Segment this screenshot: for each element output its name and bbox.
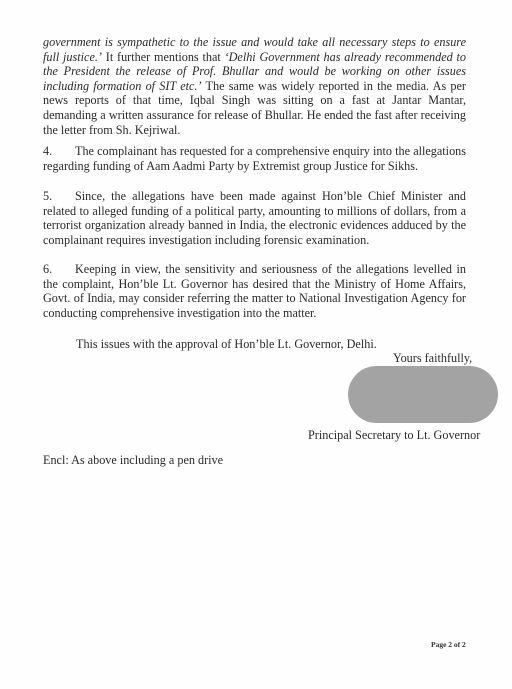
enclosure-note: Encl: As above including a pen drive <box>43 453 223 468</box>
text-segment-2: It further mentions that <box>102 50 225 64</box>
page-number: Page 2 of 2 <box>431 640 466 649</box>
paragraph-5: 5.Since, the allegations have been made … <box>43 189 466 247</box>
document-page: government is sympathetic to the issue a… <box>0 0 512 689</box>
paragraph-text: Since, the allegations have been made ag… <box>43 189 466 247</box>
paragraph-number: 6. <box>43 262 75 277</box>
approval-line: This issues with the approval of Hon’ble… <box>76 337 377 352</box>
paragraph-continuation: government is sympathetic to the issue a… <box>43 35 466 137</box>
paragraph-number: 4. <box>43 144 75 159</box>
paragraph-4: 4.The complainant has requested for a co… <box>43 144 466 173</box>
paragraph-number: 5. <box>43 189 75 204</box>
signatory-designation: Principal Secretary to Lt. Governor <box>308 428 480 443</box>
closing-salutation: Yours faithfully, <box>393 351 472 366</box>
paragraph-text: The complainant has requested for a comp… <box>43 144 466 173</box>
redacted-signature <box>348 366 498 423</box>
paragraph-text: Keeping in view, the sensitivity and ser… <box>43 262 466 320</box>
paragraph-6: 6.Keeping in view, the sensitivity and s… <box>43 262 466 320</box>
